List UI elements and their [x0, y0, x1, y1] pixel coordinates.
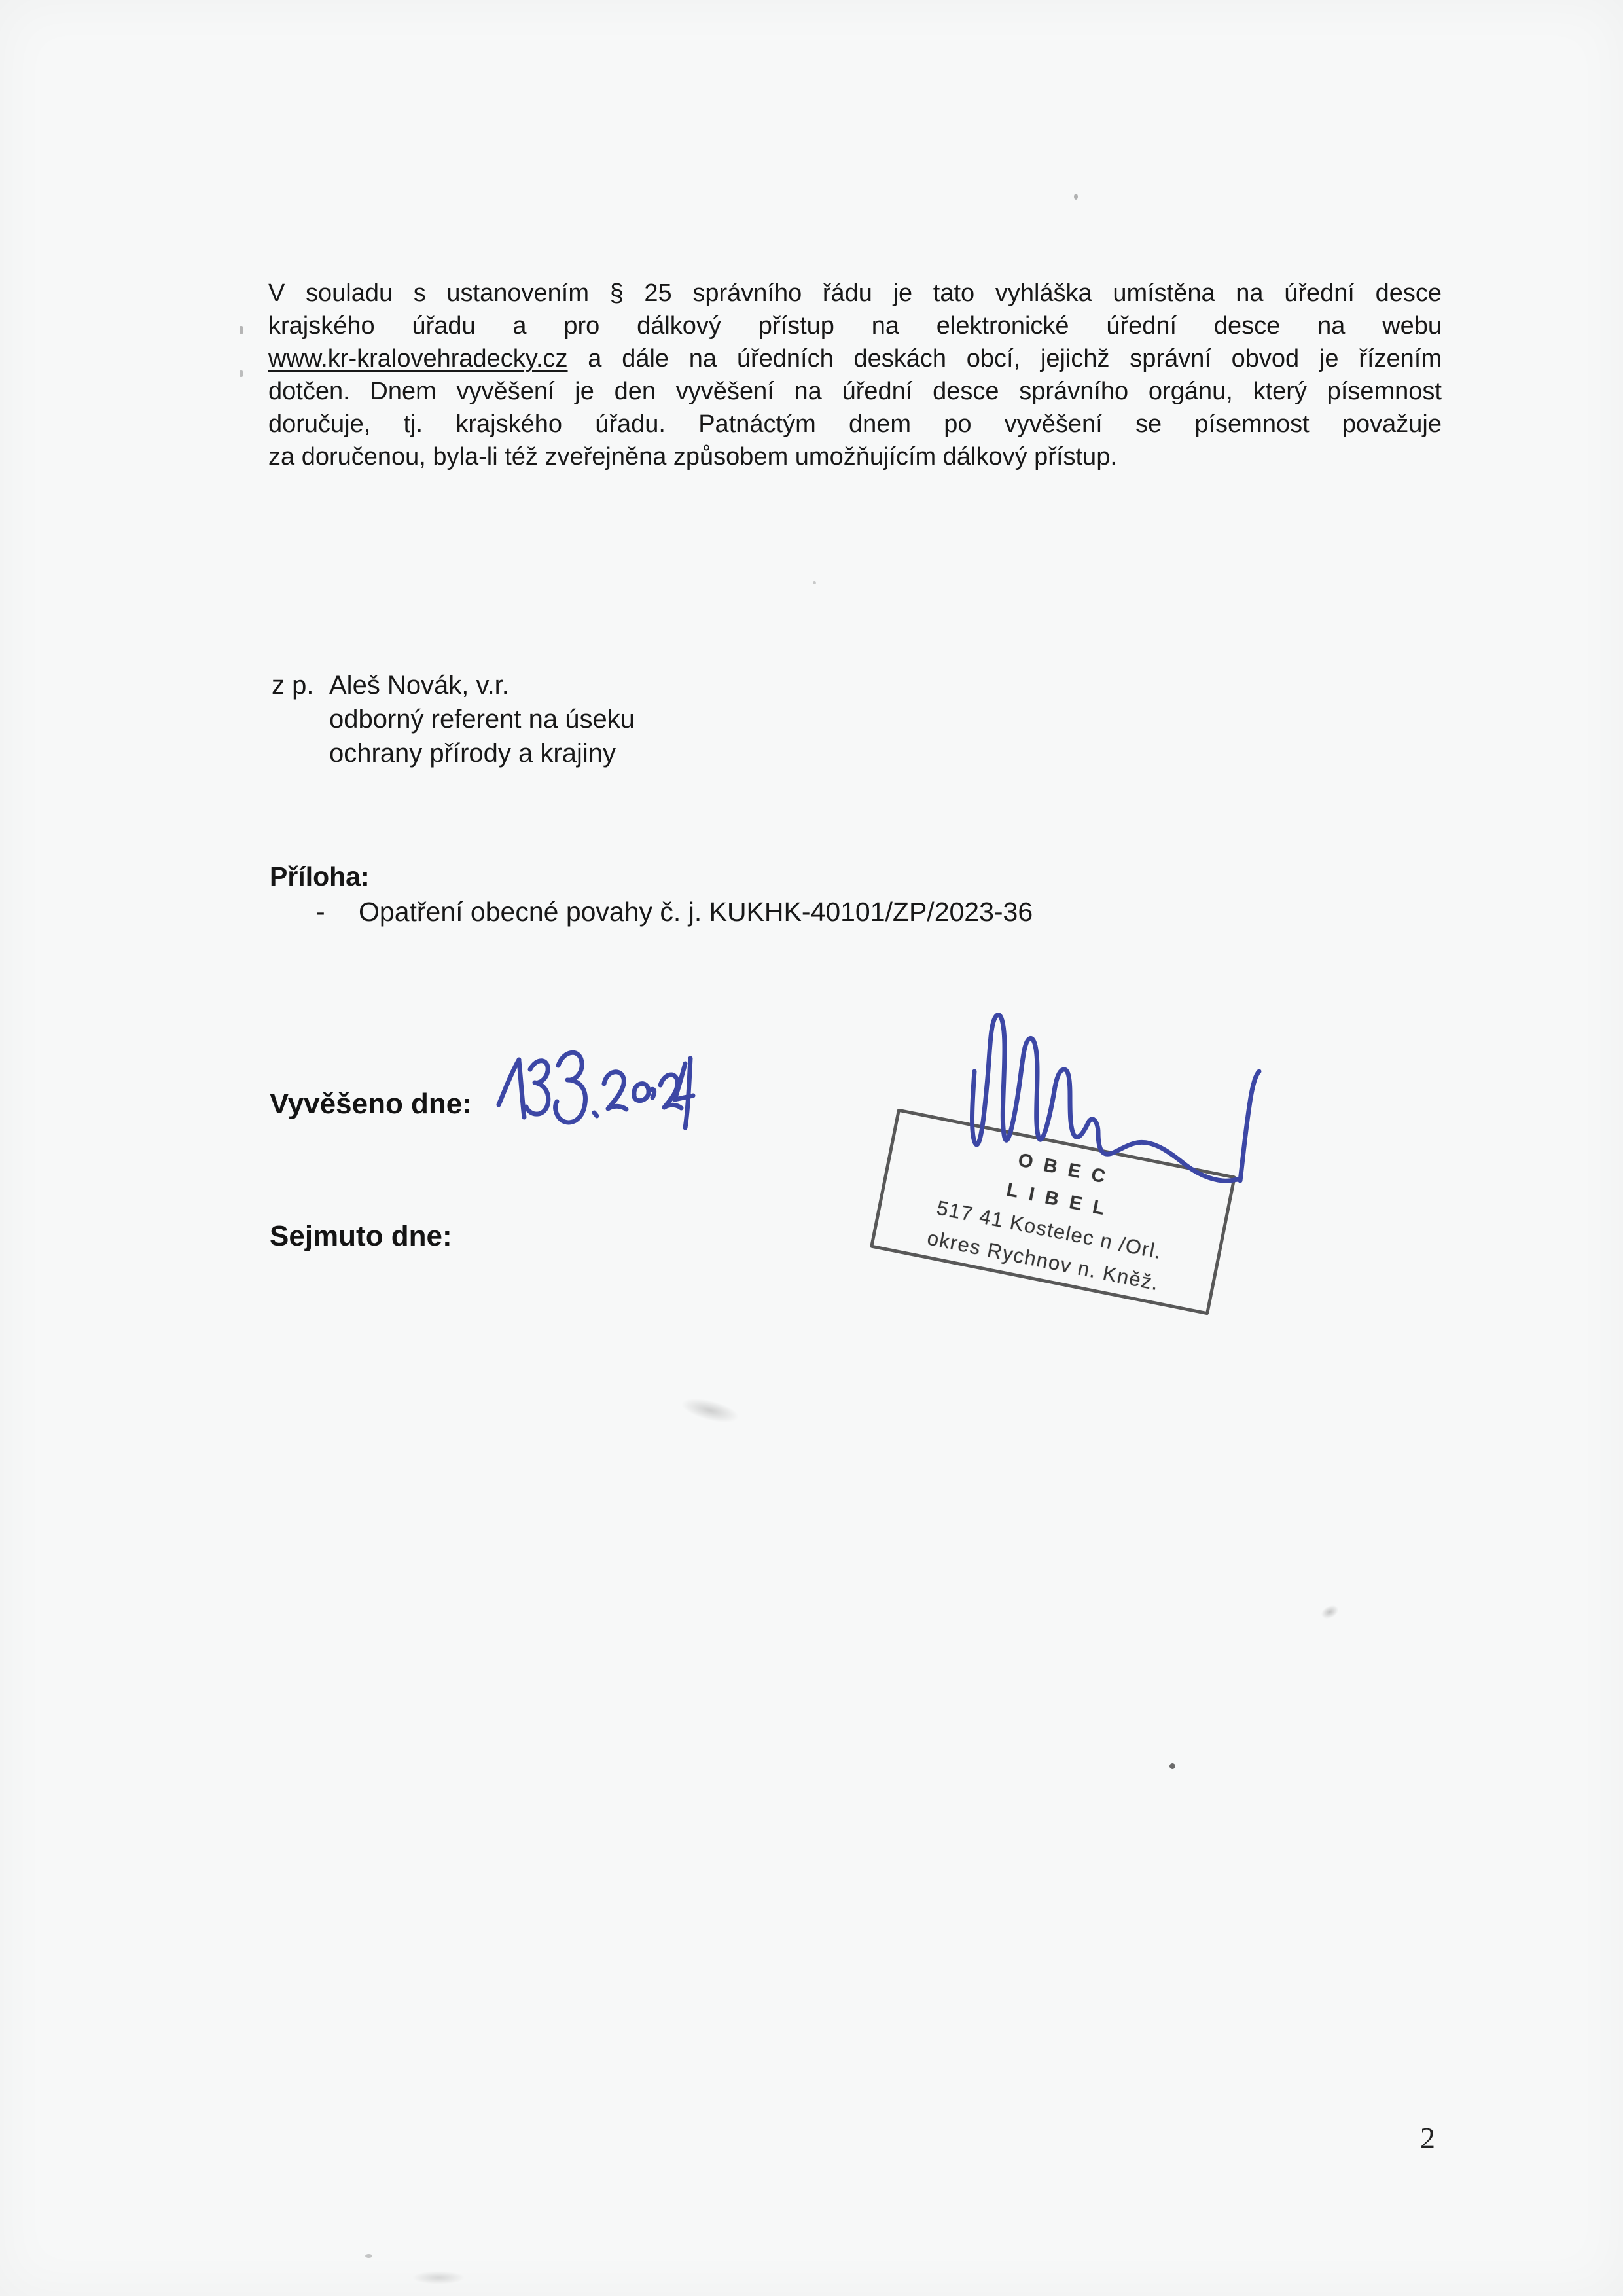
attachment-item: - Opatření obecné povahy č. j. KUKHK-401…	[268, 895, 1033, 928]
paragraph-line-text: a dále na úředních deskách obcí, jejichž…	[568, 345, 1442, 372]
official-board-url[interactable]: www.kr-kralovehradecky.cz	[268, 345, 568, 372]
scan-speck	[1169, 1763, 1175, 1769]
paragraph-line: doručuje, tj. krajského úřadu. Patnáctým…	[268, 408, 1442, 440]
scan-smudge	[679, 1394, 741, 1427]
scanned-document-page: V souladu s ustanovením § 25 správního ř…	[0, 0, 1623, 2296]
signer-prefix: z p.	[272, 668, 329, 770]
scan-speck	[365, 2254, 372, 2258]
posted-date-label: Vyvěšeno dne:	[270, 1088, 472, 1121]
scan-speck	[1074, 194, 1078, 200]
scan-speck	[240, 370, 243, 377]
paragraph-line: www.kr-kralovehradecky.cz a dále na úřed…	[268, 342, 1442, 375]
paragraph-line: krajského úřadu a pro dálkový přístup na…	[268, 310, 1442, 342]
paragraph-line: dotčen. Dnem vyvěšení je den vyvěšení na…	[268, 375, 1442, 408]
signature-ink	[964, 1009, 1272, 1189]
paragraph-line: za doručenou, byla-li též zveřejněna způ…	[268, 440, 1442, 473]
handwritten-posted-date-ink	[484, 1039, 707, 1138]
signer-block: z p. Aleš Novák, v.r. odborný referent n…	[272, 668, 635, 770]
page-number: 2	[1420, 2121, 1435, 2155]
legal-paragraph: V souladu s ustanovením § 25 správního ř…	[268, 277, 1442, 473]
scan-smudge	[412, 2271, 465, 2284]
scan-speck	[240, 326, 243, 334]
scan-smudge	[1319, 1603, 1341, 1621]
paragraph-line: V souladu s ustanovením § 25 správního ř…	[268, 277, 1442, 310]
signer-name: Aleš Novák, v.r.	[329, 668, 635, 702]
signer-role-line2: ochrany přírody a krajiny	[329, 736, 635, 770]
removed-date-label: Sejmuto dne:	[270, 1220, 452, 1253]
scan-speck	[813, 581, 816, 584]
attachment-heading: Příloha:	[270, 861, 370, 892]
attachment-item-text: Opatření obecné povahy č. j. KUKHK-40101…	[359, 895, 1033, 928]
attachment-bullet: -	[316, 895, 359, 928]
signer-role-line1: odborný referent na úseku	[329, 702, 635, 736]
